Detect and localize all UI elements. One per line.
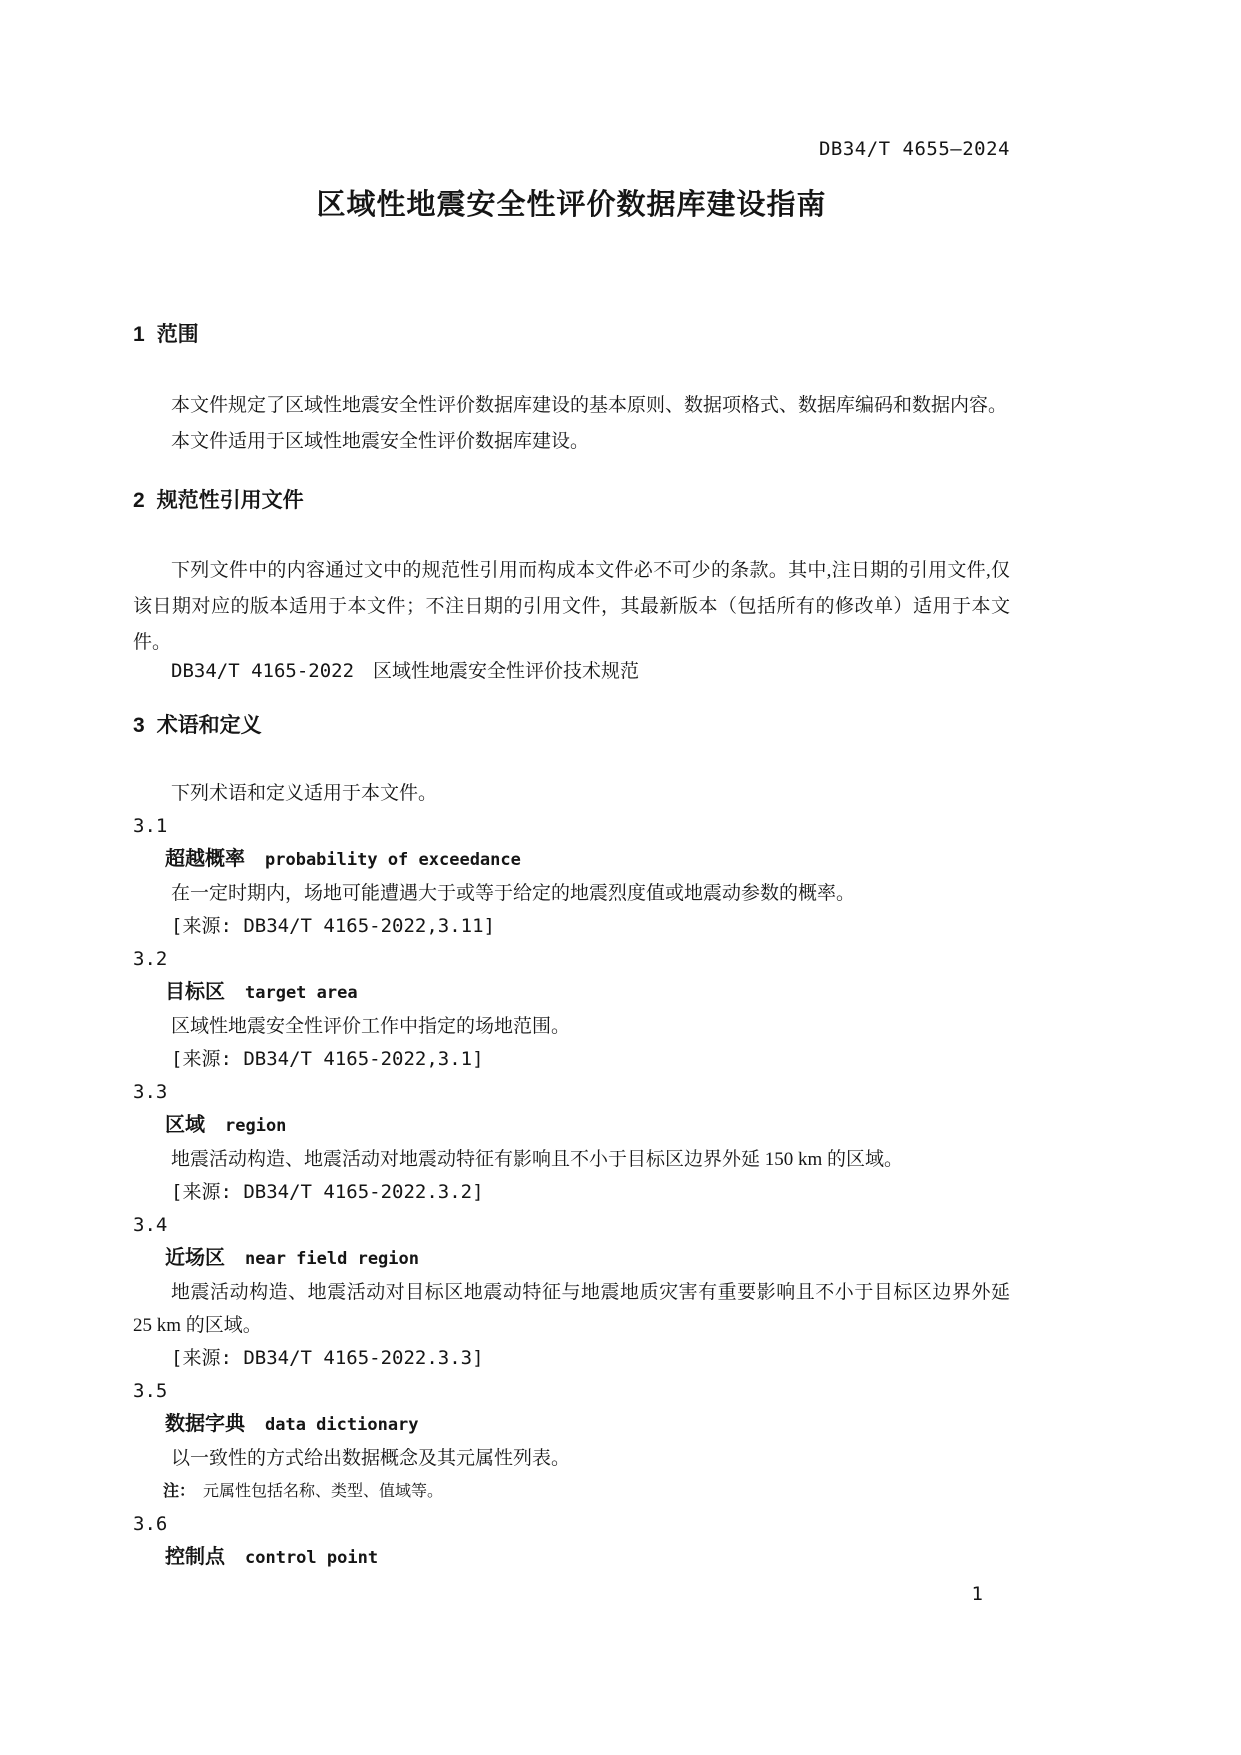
term-definition: 以一致性的方式给出数据概念及其元属性列表。 [133,1442,1010,1475]
section-3-title: 术语和定义 [157,714,262,737]
term-block: 3.2 目标区target area 区域性地震安全性评价工作中指定的场地范围。… [133,943,1010,1076]
document-page: DB34/T 4655—2024 区域性地震安全性评价数据库建设指南 1范围 本… [0,0,1241,1755]
term-name-cn: 超越概率 [165,848,245,870]
term-name-cn: 区域 [165,1114,205,1136]
term-name-cn: 近场区 [165,1247,225,1269]
term-name-en: near field region [245,1249,419,1269]
term-note: 注：元属性包括名称、类型、值域等。 [133,1475,1010,1508]
section-2-paragraph: 下列文件中的内容通过文中的规范性引用而构成本文件必不可少的条款。其中,注日期的引… [133,553,1010,661]
section-2-title: 规范性引用文件 [157,489,304,512]
term-name-en: control point [245,1548,378,1568]
section-1-heading: 1范围 [133,322,1010,348]
section-2-number: 2 [133,489,145,512]
term-name: 区域region [133,1109,1010,1143]
term-id: 3.5 [133,1375,1010,1408]
term-name-en: target area [245,983,358,1003]
note-text: 元属性包括名称、类型、值域等。 [203,1483,443,1500]
term-definition: 在一定时期内，场地可能遭遇大于或等于给定的地震烈度值或地震动参数的概率。 [133,877,1010,910]
term-source: [来源: DB34/T 4165-2022.3.2] [133,1176,1010,1209]
section-1-number: 1 [133,323,145,346]
term-definition: 区域性地震安全性评价工作中指定的场地范围。 [133,1010,1010,1043]
term-name-cn: 目标区 [165,981,225,1003]
term-id: 3.1 [133,810,1010,843]
term-definition: 地震活动构造、地震活动对目标区地震动特征与地震地质灾害有重要影响且不小于目标区边… [133,1276,1010,1342]
term-id: 3.4 [133,1209,1010,1242]
term-id: 3.2 [133,943,1010,976]
document-title: 区域性地震安全性评价数据库建设指南 [133,188,1010,222]
term-name: 控制点control point [133,1541,1010,1575]
term-name-en: region [225,1116,286,1136]
term-block: 3.1 超越概率probability of exceedance 在一定时期内… [133,810,1010,943]
terms-list: 3.1 超越概率probability of exceedance 在一定时期内… [133,810,1010,1575]
term-block: 3.3 区域region 地震活动构造、地震活动对地震动特征有影响且不小于目标区… [133,1076,1010,1209]
term-name-cn: 控制点 [165,1546,225,1568]
normative-reference: DB34/T 4165-2022 区域性地震安全性评价技术规范 [133,655,1010,687]
section-1-paragraph: 本文件适用于区域性地震安全性评价数据库建设。 [133,424,1010,460]
term-block: 3.5 数据字典data dictionary 以一致性的方式给出数据概念及其元… [133,1375,1010,1508]
page-number: 1 [972,1583,983,1605]
term-source: [来源: DB34/T 4165-2022,3.1] [133,1043,1010,1076]
term-block: 3.6 控制点control point [133,1508,1010,1575]
standard-code: DB34/T 4655—2024 [133,138,1010,160]
term-source: [来源: DB34/T 4165-2022,3.11] [133,910,1010,943]
term-name-cn: 数据字典 [165,1413,245,1435]
term-block: 3.4 近场区near field region 地震活动构造、地震活动对目标区… [133,1209,1010,1375]
note-label: 注： [163,1483,195,1500]
term-name: 目标区target area [133,976,1010,1010]
term-id: 3.3 [133,1076,1010,1109]
terms-intro: 下列术语和定义适用于本文件。 [133,777,1010,810]
term-definition: 地震活动构造、地震活动对地震动特征有影响且不小于目标区边界外延 150 km 的… [133,1143,1010,1176]
term-name: 超越概率probability of exceedance [133,843,1010,877]
section-3-heading: 3术语和定义 [133,713,1010,739]
section-2-heading: 2规范性引用文件 [133,488,1010,514]
term-name: 近场区near field region [133,1242,1010,1276]
section-1-title: 范围 [157,323,199,346]
term-name-en: data dictionary [265,1415,419,1435]
section-3-number: 3 [133,714,145,737]
term-source: [来源: DB34/T 4165-2022.3.3] [133,1342,1010,1375]
term-name-en: probability of exceedance [265,850,521,870]
term-id: 3.6 [133,1508,1010,1541]
term-name: 数据字典data dictionary [133,1408,1010,1442]
section-1-paragraph: 本文件规定了区域性地震安全性评价数据库建设的基本原则、数据项格式、数据库编码和数… [133,388,1010,424]
